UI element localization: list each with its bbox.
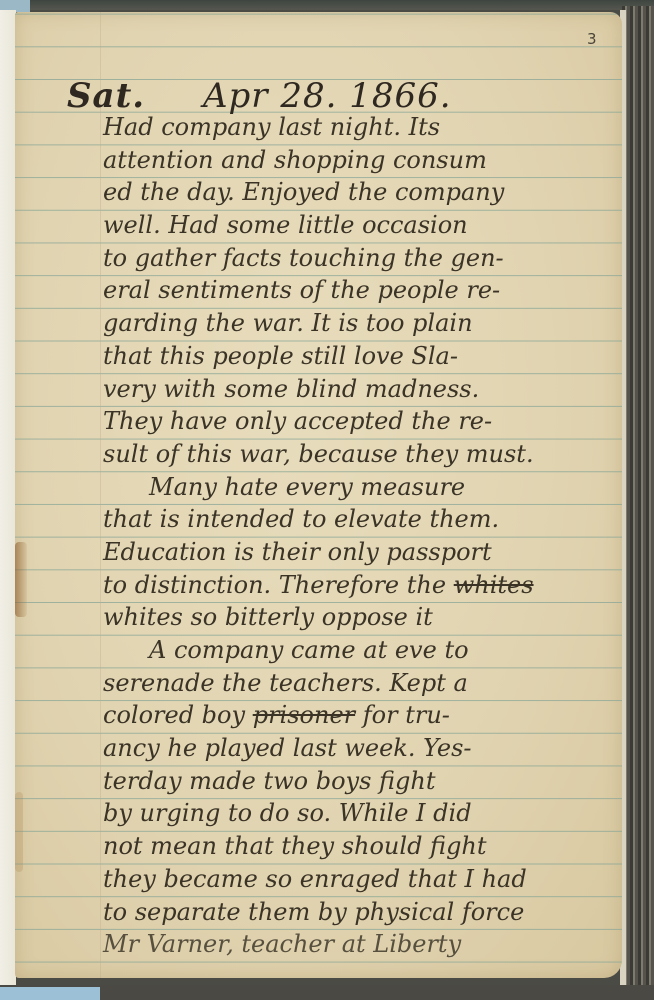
paper-stain [15,792,23,872]
struck-word: prisoner [253,701,355,729]
text-line-with-strikeout: to distinction. Therefore the whites [103,570,622,603]
text-line-paragraph-start: A company came at eve to [103,635,622,668]
text-line: ancy he played last week. Yes- [103,733,622,766]
margin-line [100,12,101,978]
diary-page: 3 Sat. Apr 28. 1866. Had company last ni… [15,12,622,978]
page-stack-edge [622,6,654,988]
text-line: whites so bitterly oppose it [103,602,622,635]
diary-entry-body: Had company last night. Its attention an… [103,112,622,962]
text-line: ed the day. Enjoyed the company [103,177,622,210]
entry-day: Sat. [67,76,145,116]
text-segment: for tru- [363,701,450,729]
text-line: they became so enraged that I had [103,864,622,897]
text-line: that this people still love Sla- [103,341,622,374]
text-line: They have only accepted the re- [103,406,622,439]
text-segment: to distinction. Therefore the [103,571,446,599]
text-line: Education is their only passport [103,537,622,570]
scanner-background-top [0,0,654,10]
scan-scene: 3 Sat. Apr 28. 1866. Had company last ni… [0,0,654,1000]
text-line: garding the war. It is too plain [103,308,622,341]
text-line: serenade the teachers. Kept a [103,668,622,701]
entry-date-heading: Sat. Apr 28. 1866. [67,76,452,116]
text-segment: colored boy [103,701,245,729]
text-line: that is intended to elevate them. [103,504,622,537]
text-line: eral sentiments of the people re- [103,275,622,308]
text-line: to gather facts touching the gen- [103,243,622,276]
text-line: terday made two boys fight [103,766,622,799]
text-line: Had company last night. Its [103,112,622,145]
text-line: well. Had some little occasion [103,210,622,243]
entry-date: Apr 28. 1866. [203,76,452,116]
blue-tab-bottom [0,987,100,1000]
page-number: 3 [587,30,597,48]
text-line: very with some blind madness. [103,374,622,407]
text-line-with-strikeout: colored boy prisoner for tru- [103,700,622,733]
text-line: Mr Varner, teacher at Liberty [103,929,622,962]
text-line: not mean that they should fight [103,831,622,864]
text-line: by urging to do so. While I did [103,798,622,831]
water-stain [15,542,27,617]
text-line: to separate them by physical force [103,897,622,930]
text-line: attention and shopping consum [103,145,622,178]
struck-word: whites [454,571,534,599]
text-line: sult of this war, because they must. [103,439,622,472]
notebook-binding [0,10,16,988]
text-line-paragraph-start: Many hate every measure [103,472,622,505]
